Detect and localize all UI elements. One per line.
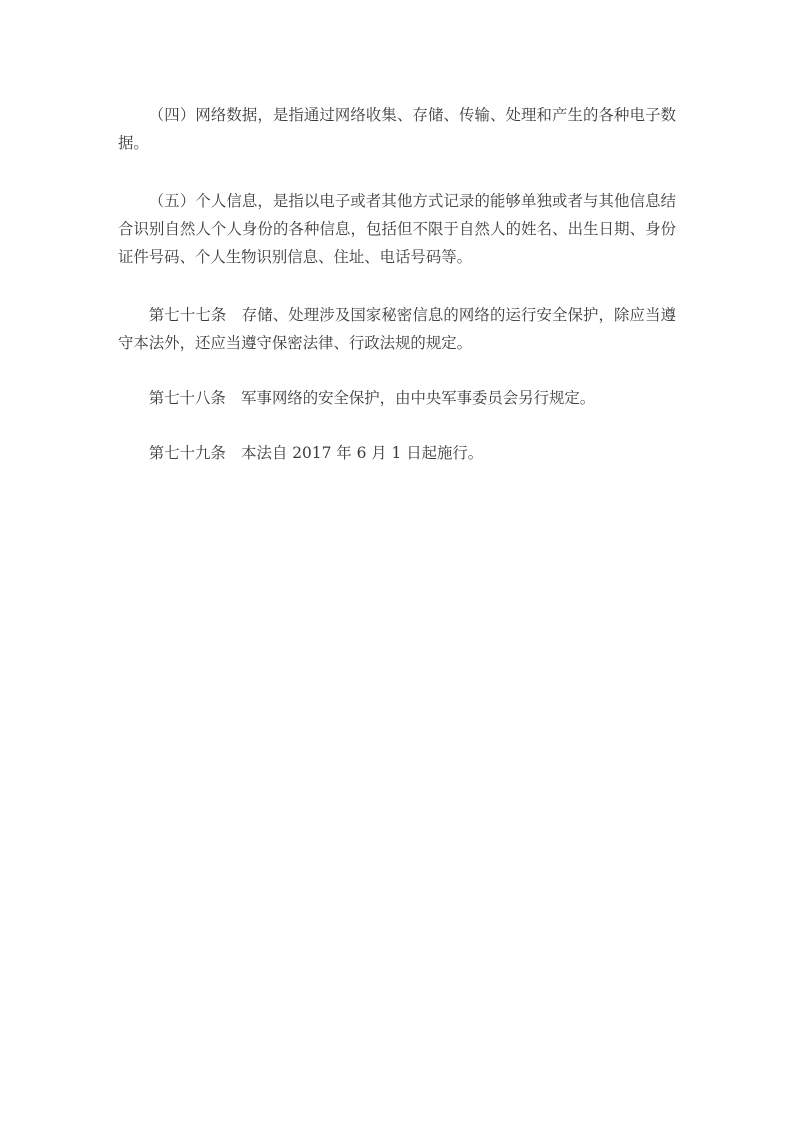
article-79: 第七十九条本法自 2017 年 6 月 1 日起施行。 bbox=[118, 439, 676, 467]
article-78: 第七十八条军事网络的安全保护，由中央军事委员会另行规定。 bbox=[118, 384, 676, 412]
item-text: 网络数据，是指通过网络收集、存储、传输、处理和产生的各种电子数据。 bbox=[118, 106, 676, 152]
item-label: （四） bbox=[149, 106, 196, 124]
article-number: 第七十七条 bbox=[149, 306, 227, 324]
article-number: 第七十九条 bbox=[149, 444, 226, 462]
definition-item-5: （五）个人信息，是指以电子或者其他方式记录的能够单独或者与其他信息结合识别自然人… bbox=[118, 187, 676, 271]
item-label: （五） bbox=[149, 192, 196, 210]
definition-item-4: （四）网络数据，是指通过网络收集、存储、传输、处理和产生的各种电子数据。 bbox=[118, 101, 676, 157]
article-text: 军事网络的安全保护，由中央军事委员会另行规定。 bbox=[241, 389, 595, 407]
article-text: 本法自 2017 年 6 月 1 日起施行。 bbox=[241, 444, 483, 462]
document-page: （四）网络数据，是指通过网络收集、存储、传输、处理和产生的各种电子数据。 （五）… bbox=[0, 0, 793, 1122]
item-text: 个人信息，是指以电子或者其他方式记录的能够单独或者与其他信息结合识别自然人个人身… bbox=[118, 192, 676, 266]
article-77: 第七十七条存储、处理涉及国家秘密信息的网络的运行安全保护，除应当遵守本法外，还应… bbox=[118, 301, 676, 357]
article-number: 第七十八条 bbox=[149, 389, 226, 407]
document-body: （四）网络数据，是指通过网络收集、存储、传输、处理和产生的各种电子数据。 （五）… bbox=[118, 101, 676, 467]
